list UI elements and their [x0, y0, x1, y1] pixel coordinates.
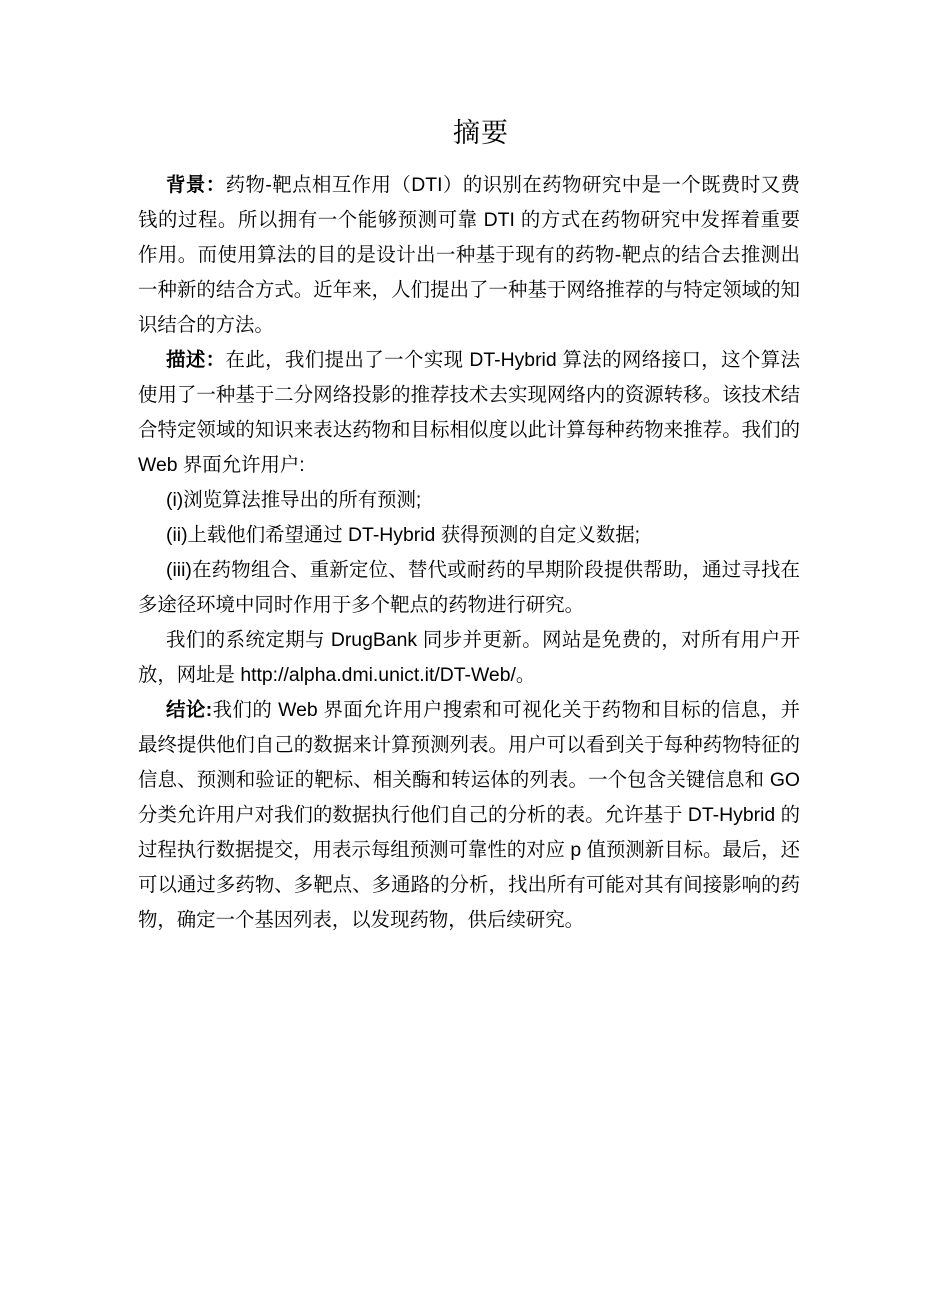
paragraph: (i)浏览算法推导出的所有预测;	[138, 483, 800, 518]
paragraph-text: 药物-靶点相互作用（DTI）的识别在药物研究中是一个既费时又费钱的过程。所以拥有…	[138, 174, 800, 336]
paragraph-label: 结论:	[166, 699, 212, 721]
paragraph: 描述：在此，我们提出了一个实现 DT-Hybrid 算法的网络接口，这个算法使用…	[138, 343, 800, 483]
paragraph-text: 我们的 Web 界面允许用户搜索和可视化关于药物和目标的信息，并最终提供他们自己…	[138, 699, 800, 931]
paragraph: (iii)在药物组合、重新定位、替代或耐药的早期阶段提供帮助，通过寻找在多途径环…	[138, 553, 800, 623]
paragraph: 我们的系统定期与 DrugBank 同步并更新。网站是免费的，对所有用户开放，网…	[138, 623, 800, 693]
paragraph-text: 在此，我们提出了一个实现 DT-Hybrid 算法的网络接口，这个算法使用了一种…	[138, 349, 800, 476]
paragraph-label: 背景：	[166, 174, 226, 196]
paragraph-text: (iii)在药物组合、重新定位、替代或耐药的早期阶段提供帮助，通过寻找在多途径环…	[138, 559, 800, 616]
paragraph-text: (ii)上载他们希望通过 DT-Hybrid 获得预测的自定义数据;	[166, 524, 640, 546]
paragraph: (ii)上载他们希望通过 DT-Hybrid 获得预测的自定义数据;	[138, 518, 800, 553]
paragraph-text: (i)浏览算法推导出的所有预测;	[166, 489, 421, 511]
paragraph: 背景：药物-靶点相互作用（DTI）的识别在药物研究中是一个既费时又费钱的过程。所…	[138, 168, 800, 343]
paragraph-text: 我们的系统定期与 DrugBank 同步并更新。网站是免费的，对所有用户开放，网…	[138, 629, 800, 686]
document-page: 摘要 背景：药物-靶点相互作用（DTI）的识别在药物研究中是一个既费时又费钱的过…	[0, 0, 926, 1309]
paragraph-label: 描述：	[166, 349, 226, 371]
paragraph: 结论:我们的 Web 界面允许用户搜索和可视化关于药物和目标的信息，并最终提供他…	[138, 693, 800, 938]
abstract-content: 摘要 背景：药物-靶点相互作用（DTI）的识别在药物研究中是一个既费时又费钱的过…	[138, 112, 800, 938]
page-title: 摘要	[138, 112, 800, 154]
abstract-body: 背景：药物-靶点相互作用（DTI）的识别在药物研究中是一个既费时又费钱的过程。所…	[138, 168, 800, 938]
